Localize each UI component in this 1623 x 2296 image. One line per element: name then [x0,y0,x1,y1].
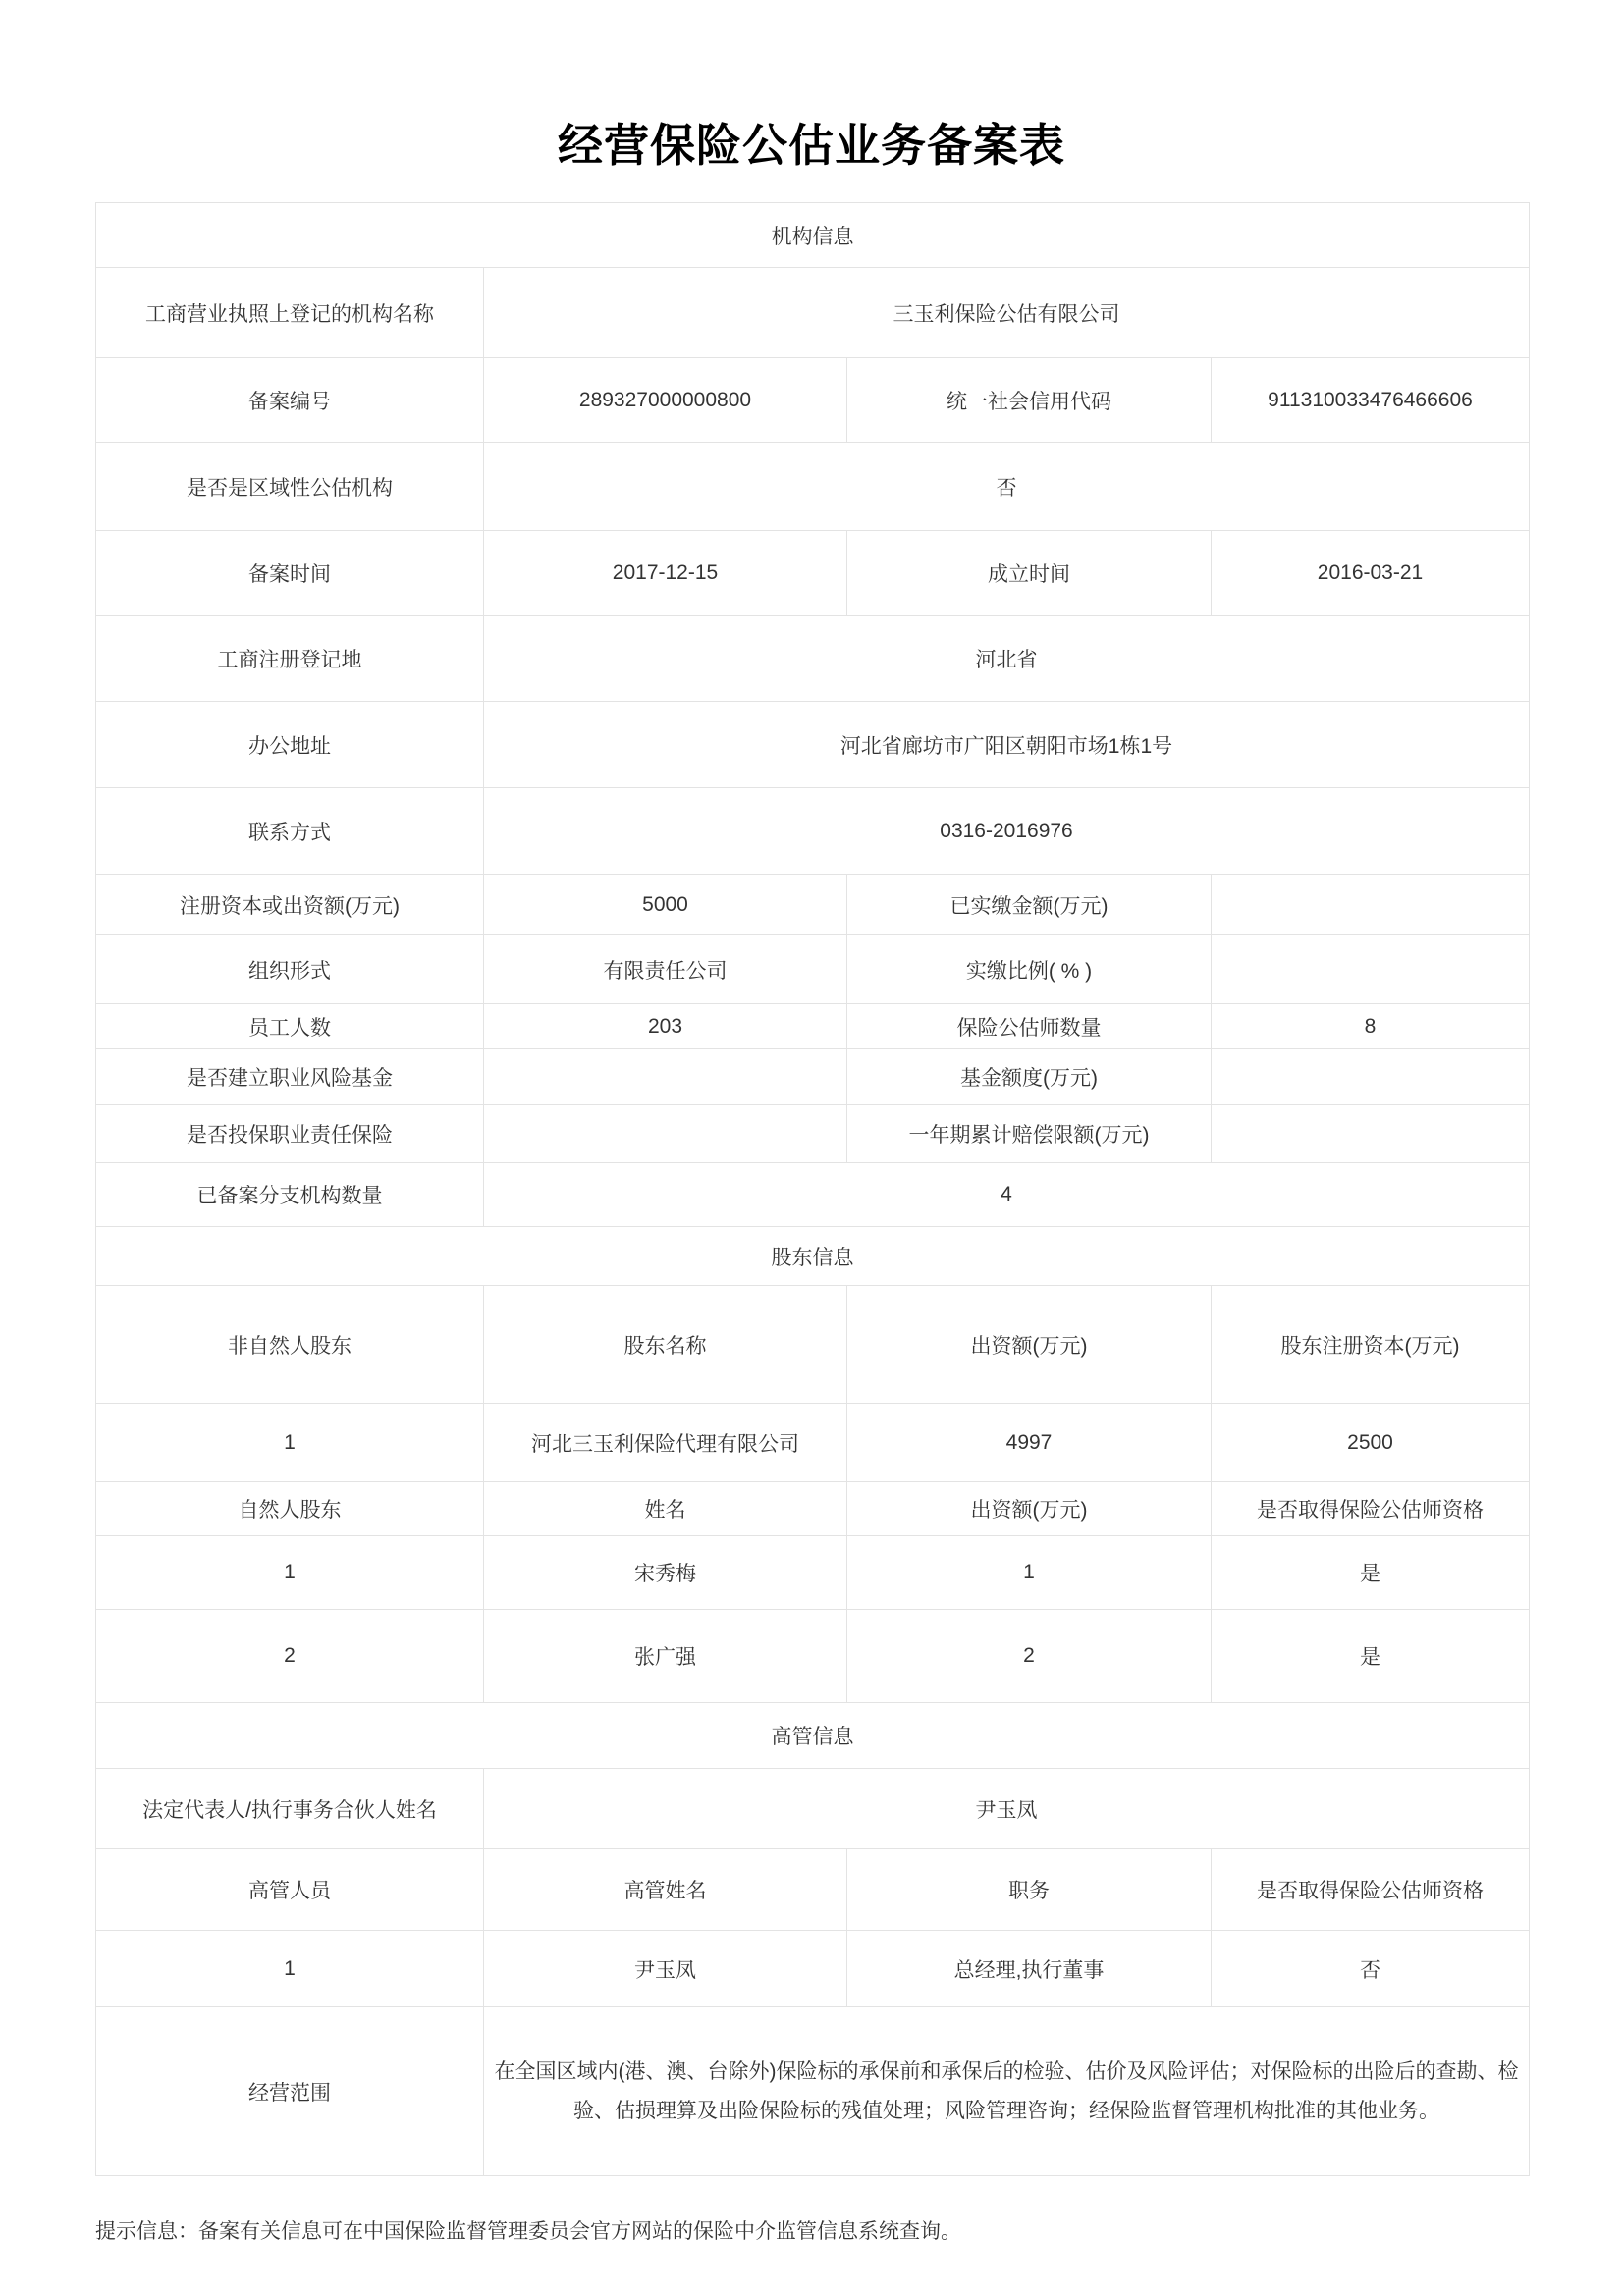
corporate-shareholder-header-row: 非自然人股东 股东名称 出资额(万元) 股东注册资本(万元) [96,1286,1530,1404]
row-reg-place: 工商注册登记地 河北省 [96,616,1530,702]
row-office-addr: 办公地址 河北省廊坊市广阳区朝阳市场1栋1号 [96,702,1530,788]
executive-col-qualified: 是否取得保险公估师资格 [1212,1849,1530,1931]
legal-rep-value: 尹玉凤 [484,1769,1530,1849]
executive-col-index: 高管人员 [96,1849,484,1931]
section-header-executives: 高管信息 [96,1703,1530,1769]
legal-rep-label: 法定代表人/执行事务合伙人姓名 [96,1769,484,1849]
natural-shareholder-col-name: 姓名 [484,1482,847,1536]
reg-capital-value: 5000 [484,875,847,935]
executive-row: 1 尹玉凤 总经理,执行董事 否 [96,1931,1530,2007]
annual-limit-value [1212,1105,1530,1163]
row-filing-date: 备案时间 2017-12-15 成立时间 2016-03-21 [96,531,1530,616]
natural-shareholder-name: 宋秀梅 [484,1536,847,1610]
paid-ratio-label: 实缴比例( % ) [847,935,1212,1004]
org-name-value: 三玉利保险公估有限公司 [484,268,1530,358]
executive-name: 尹玉凤 [484,1931,847,2007]
natural-shareholder-col-qualified: 是否取得保险公估师资格 [1212,1482,1530,1536]
row-org-form: 组织形式 有限责任公司 实缴比例( % ) [96,935,1530,1004]
paid-amount-value [1212,875,1530,935]
credit-code-label: 统一社会信用代码 [847,358,1212,443]
natural-shareholder-name: 张广强 [484,1610,847,1703]
row-liability-ins: 是否投保职业责任保险 一年期累计赔偿限额(万元) [96,1105,1530,1163]
fund-quota-label: 基金额度(万元) [847,1049,1212,1105]
corporate-shareholder-name: 河北三玉利保险代理有限公司 [484,1404,847,1482]
natural-shareholder-row: 2 张广强 2 是 [96,1610,1530,1703]
natural-shareholder-col-index: 自然人股东 [96,1482,484,1536]
filing-table: 机构信息 工商营业执照上登记的机构名称 三玉利保险公估有限公司 备案编号 289… [95,202,1530,2176]
executive-col-position: 职务 [847,1849,1212,1931]
natural-shareholder-contribution: 1 [847,1536,1212,1610]
corporate-shareholder-col-contribution: 出资额(万元) [847,1286,1212,1404]
row-legal-rep: 法定代表人/执行事务合伙人姓名 尹玉凤 [96,1769,1530,1849]
executive-position: 总经理,执行董事 [847,1931,1212,2007]
filing-form-page: { "page": { "title": "经营保险公估业务备案表", "foo… [0,0,1623,2296]
risk-fund-value [484,1049,847,1105]
liability-ins-label: 是否投保职业责任保险 [96,1105,484,1163]
filing-date-value: 2017-12-15 [484,531,847,616]
page-title: 经营保险公估业务备案表 [0,0,1623,175]
natural-shareholder-col-contribution: 出资额(万元) [847,1482,1212,1536]
liability-ins-value [484,1105,847,1163]
employees-label: 员工人数 [96,1004,484,1049]
regional-label: 是否是区域性公估机构 [96,443,484,531]
contact-value: 0316-2016976 [484,788,1530,875]
executive-qualified: 否 [1212,1931,1530,2007]
row-business-scope: 经营范围 在全国区域内(港、澳、台除外)保险标的承保前和承保后的检验、估价及风险… [96,2007,1530,2176]
org-form-value: 有限责任公司 [484,935,847,1004]
reg-capital-label: 注册资本或出资额(万元) [96,875,484,935]
row-org-name: 工商营业执照上登记的机构名称 三玉利保险公估有限公司 [96,268,1530,358]
row-branches: 已备案分支机构数量 4 [96,1163,1530,1227]
business-scope-value: 在全国区域内(港、澳、台除外)保险标的承保前和承保后的检验、估价及风险评估；对保… [484,2007,1530,2176]
reg-place-value: 河北省 [484,616,1530,702]
corporate-shareholder-col-name: 股东名称 [484,1286,847,1404]
regional-value: 否 [484,443,1530,531]
filing-no-value: 289327000000800 [484,358,847,443]
footer-note: 提示信息：备案有关信息可在中国保险监督管理委员会官方网站的保险中介监管信息系统查… [95,2216,1623,2245]
corporate-shareholder-index: 1 [96,1404,484,1482]
assessor-count-label: 保险公估师数量 [847,1004,1212,1049]
section-header-org-info: 机构信息 [96,203,1530,268]
paid-amount-label: 已实缴金额(万元) [847,875,1212,935]
section-row-executives: 高管信息 [96,1703,1530,1769]
paid-ratio-value [1212,935,1530,1004]
section-header-shareholders: 股东信息 [96,1227,1530,1286]
row-contact: 联系方式 0316-2016976 [96,788,1530,875]
reg-place-label: 工商注册登记地 [96,616,484,702]
row-filing-no: 备案编号 289327000000800 统一社会信用代码 9113100334… [96,358,1530,443]
establish-date-label: 成立时间 [847,531,1212,616]
corporate-shareholder-col-index: 非自然人股东 [96,1286,484,1404]
annual-limit-label: 一年期累计赔偿限额(万元) [847,1105,1212,1163]
establish-date-value: 2016-03-21 [1212,531,1530,616]
natural-shareholder-header-row: 自然人股东 姓名 出资额(万元) 是否取得保险公估师资格 [96,1482,1530,1536]
office-addr-label: 办公地址 [96,702,484,788]
executive-col-name: 高管姓名 [484,1849,847,1931]
org-form-label: 组织形式 [96,935,484,1004]
natural-shareholder-qualified: 是 [1212,1610,1530,1703]
section-row-shareholders: 股东信息 [96,1227,1530,1286]
corporate-shareholder-capital: 2500 [1212,1404,1530,1482]
natural-shareholder-row: 1 宋秀梅 1 是 [96,1536,1530,1610]
natural-shareholder-contribution: 2 [847,1610,1212,1703]
natural-shareholder-index: 2 [96,1610,484,1703]
branches-value: 4 [484,1163,1530,1227]
filing-no-label: 备案编号 [96,358,484,443]
branches-label: 已备案分支机构数量 [96,1163,484,1227]
row-risk-fund: 是否建立职业风险基金 基金额度(万元) [96,1049,1530,1105]
office-addr-value: 河北省廊坊市广阳区朝阳市场1栋1号 [484,702,1530,788]
assessor-count-value: 8 [1212,1004,1530,1049]
risk-fund-label: 是否建立职业风险基金 [96,1049,484,1105]
credit-code-value: 911310033476466606 [1212,358,1530,443]
business-scope-label: 经营范围 [96,2007,484,2176]
org-name-label: 工商营业执照上登记的机构名称 [96,268,484,358]
row-reg-capital: 注册资本或出资额(万元) 5000 已实缴金额(万元) [96,875,1530,935]
row-regional: 是否是区域性公估机构 否 [96,443,1530,531]
executive-header-row: 高管人员 高管姓名 职务 是否取得保险公估师资格 [96,1849,1530,1931]
natural-shareholder-qualified: 是 [1212,1536,1530,1610]
corporate-shareholder-contribution: 4997 [847,1404,1212,1482]
filing-date-label: 备案时间 [96,531,484,616]
row-employees: 员工人数 203 保险公估师数量 8 [96,1004,1530,1049]
natural-shareholder-index: 1 [96,1536,484,1610]
fund-quota-value [1212,1049,1530,1105]
corporate-shareholder-row: 1 河北三玉利保险代理有限公司 4997 2500 [96,1404,1530,1482]
corporate-shareholder-col-capital: 股东注册资本(万元) [1212,1286,1530,1404]
section-row-org-info: 机构信息 [96,203,1530,268]
contact-label: 联系方式 [96,788,484,875]
employees-value: 203 [484,1004,847,1049]
executive-index: 1 [96,1931,484,2007]
